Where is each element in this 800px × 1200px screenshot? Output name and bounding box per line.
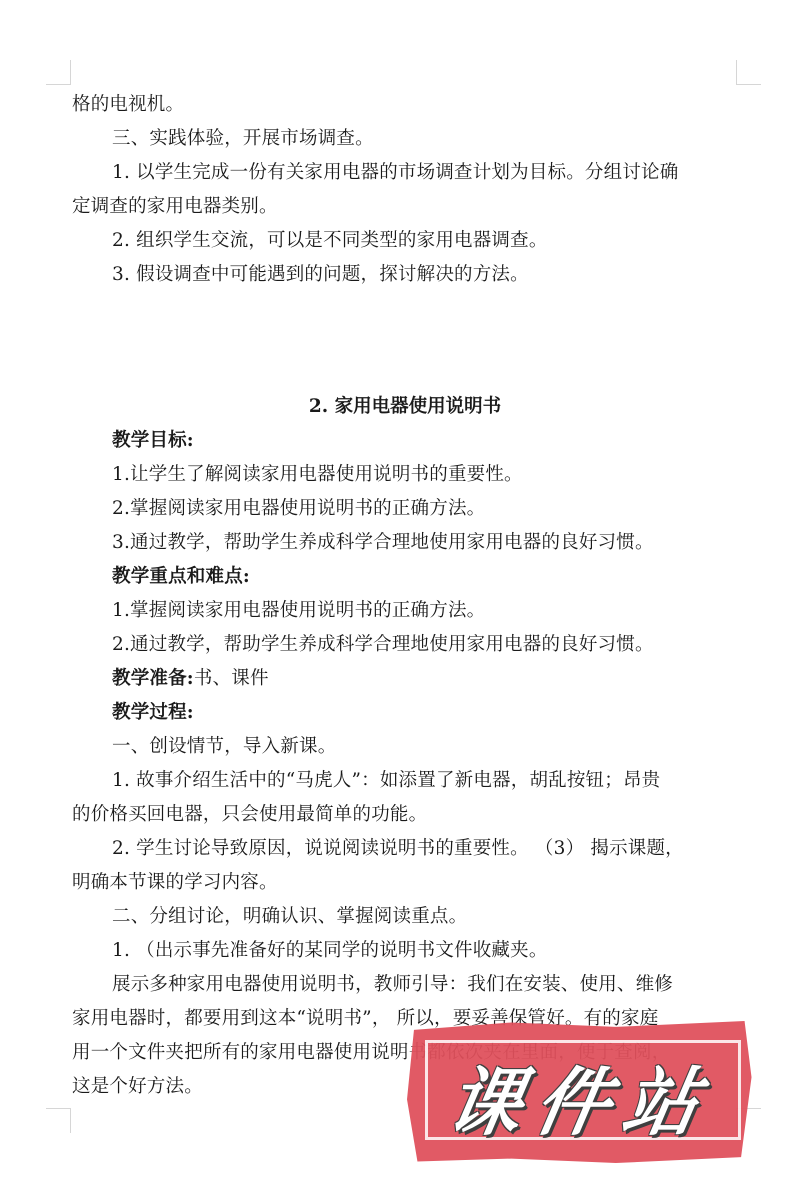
objective-item: 2.掌握阅读家用电器使用说明书的正确方法。 — [72, 492, 738, 526]
key-point-item: 2.通过教学，帮助学生养成科学合理地使用家用电器的良好习惯。 — [72, 628, 738, 662]
page-corner-mark-top-right — [736, 60, 761, 85]
list-item: 3. 假设调查中可能遇到的问题，探讨解决的方法。 — [72, 258, 738, 292]
section-heading: 三、实践体验，开展市场调查。 — [72, 122, 738, 156]
process-line-continuation: 明确本节课的学习内容。 — [72, 866, 738, 900]
process-line: 2. 学生讨论导致原因，说说阅读说明书的重要性。 （3） 揭示课题， — [72, 832, 738, 866]
watermark-text: 课件站 — [398, 1044, 765, 1150]
page-corner-mark-top-left — [46, 60, 71, 85]
objectives-label: 教学目标: — [72, 424, 738, 458]
process-part1-heading: 一、创设情节，导入新课。 — [72, 730, 738, 764]
blank-space — [72, 292, 738, 390]
page-corner-mark-bottom-left — [46, 1108, 71, 1133]
process-line: 1. 故事介绍生活中的“马虎人”：如添置了新电器，胡乱按钮；昂贵 — [72, 764, 738, 798]
process-label: 教学过程: — [72, 696, 738, 730]
key-point-item: 1.掌握阅读家用电器使用说明书的正确方法。 — [72, 594, 738, 628]
process-line: 1. （出示事先准备好的某同学的说明书文件收藏夹。 — [72, 934, 738, 968]
process-line: 展示多种家用电器使用说明书，教师引导：我们在安装、使用、维修 — [72, 968, 738, 1002]
watermark-stamp: 课件站 — [407, 1018, 755, 1166]
preparation-row: 教学准备:书、课件 — [72, 662, 738, 696]
lesson-title: 2. 家用电器使用说明书 — [72, 390, 738, 424]
list-item: 2. 组织学生交流，可以是不同类型的家用电器调查。 — [72, 224, 738, 258]
list-item-continuation: 定调查的家用电器类别。 — [72, 190, 738, 224]
process-part2-heading: 二、分组讨论，明确认识、掌握阅读重点。 — [72, 900, 738, 934]
objective-item: 1.让学生了解阅读家用电器使用说明书的重要性。 — [72, 458, 738, 492]
objective-item: 3.通过教学，帮助学生养成科学合理地使用家用电器的良好习惯。 — [72, 526, 738, 560]
document-page: 格的电视机。 三、实践体验，开展市场调查。 1. 以学生完成一份有关家用电器的市… — [72, 88, 738, 1104]
paragraph-continuation: 格的电视机。 — [72, 88, 738, 122]
list-item: 1. 以学生完成一份有关家用电器的市场调查计划为目标。分组讨论确 — [72, 156, 738, 190]
preparation-value: 书、课件 — [194, 668, 269, 689]
preparation-label: 教学准备: — [112, 668, 194, 689]
process-line-continuation: 的价格买回电器，只会使用最简单的功能。 — [72, 798, 738, 832]
key-points-label: 教学重点和难点: — [72, 560, 738, 594]
